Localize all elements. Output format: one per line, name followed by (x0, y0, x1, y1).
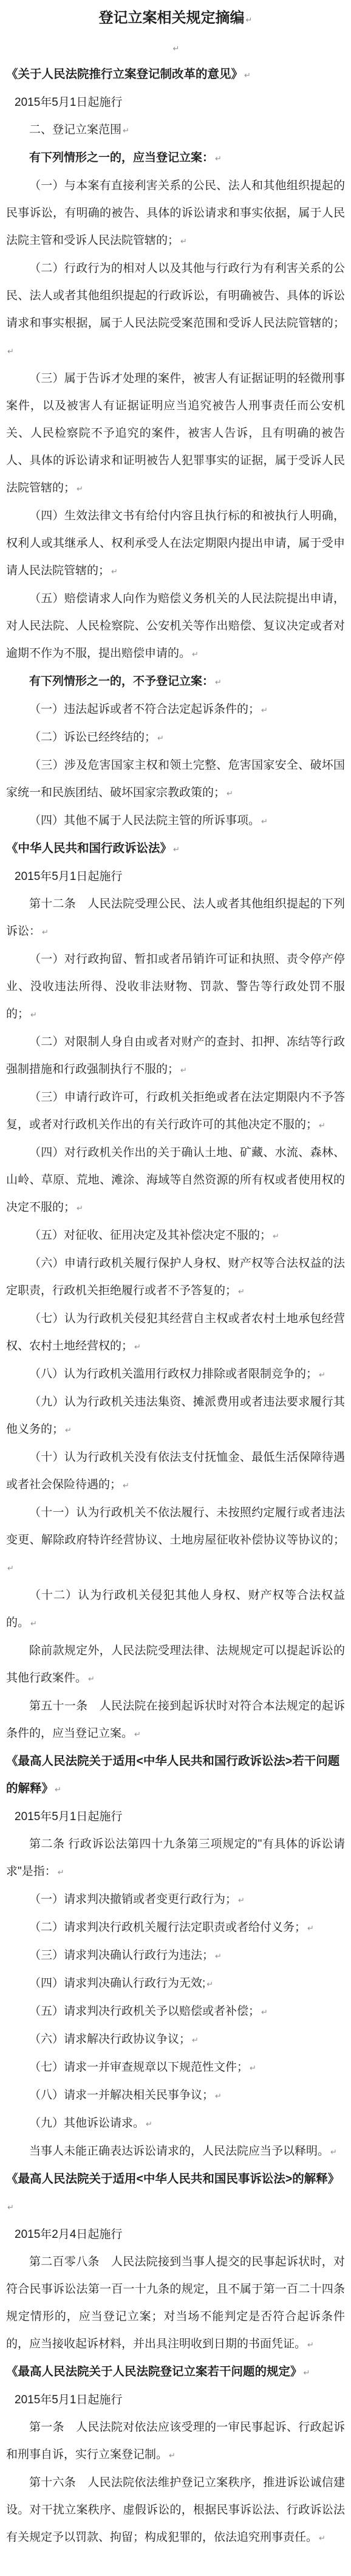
paragraph-text: （四）对行政机关作出的关于确认土地、矿藏、水流、森林、山岭、草原、荒地、滩涂、海… (6, 1146, 345, 1214)
paragraph-text: 2015年5月1日起施行 (15, 96, 122, 109)
paragraph-mark-icon: ↵ (134, 1720, 141, 1748)
paragraph-text: 第十二条 人民法院受理公民、法人或者其他组织提起的下列诉讼： (6, 898, 345, 938)
paragraph-text: 有下列情形之一的，不予登记立案： (29, 675, 214, 688)
paragraph-mark-icon: ↵ (30, 1610, 37, 1637)
paragraph-mark-icon: ↵ (173, 36, 180, 61)
paragraph-text: （九）认为行政机关违法集资、摊派费用或者违法要求履行其他义务的； (6, 1396, 345, 1436)
body-paragraph: （十一）认为行政机关不依法履行、未按照约定履行或者违法变更、解除政府特许经营协议… (6, 1499, 345, 1582)
regulation-title: 《中华人民共和国行政诉讼法》↵ (6, 835, 345, 863)
paragraph-text: 2015年5月1日起施行 (15, 2394, 122, 2406)
paragraph-text: 二、登记立案范围 (29, 123, 121, 136)
body-paragraph: （四）对行政机关作出的关于确认土地、矿藏、水流、森林、山岭、草原、荒地、滩涂、海… (6, 1139, 345, 1222)
body-paragraph: （七）认为行政机关侵犯其经营自主权或者农村土地承包经营权、农村土地经营权的；↵ (6, 1305, 345, 1360)
body-paragraph: （二）行政行为的相对人以及其他与行政行为有利害关系的公民、法人或者其他组织提起的… (6, 255, 345, 365)
paragraph-text: （一）与本案有直接利害关系的公民、法人和其他组织提起的民事诉讼，有明确的被告、具… (6, 179, 345, 247)
body-paragraph: 第一条 人民法院对依法应该受理的一审民事起诉、行政起诉和刑事自诉，实行立案登记制… (6, 2414, 345, 2469)
body-paragraph: 第五十一条 人民法院在接到起诉状时对符合本法规定的起诉条件的，应当登记立案。↵ (6, 1692, 345, 1748)
paragraph-mark-icon: ↵ (7, 2193, 14, 2221)
paragraph-text: （三）属于告诉才处理的案件，被害人有证据证明的轻微刑事案件，以及被害人有证据证明… (6, 372, 345, 494)
paragraph-mark-icon: ↵ (157, 724, 164, 752)
body-paragraph: （六）请求解决行政协议争议；↵ (6, 2026, 345, 2054)
paragraph-mark-icon: ↵ (261, 696, 268, 724)
paragraph-text: 有下列情形之一的，应当登记立案： (29, 151, 214, 164)
body-paragraph: 除前款规定外，人民法院受理法律、法规规定可以提起诉讼的其他行政案件。↵ (6, 1637, 345, 1692)
empty-paragraph: ↵ (6, 36, 345, 61)
paragraph-text: （五）赔偿请求人向作为赔偿义务机关的人民法院提出申请，对人民法院、人民检察院、公… (6, 592, 345, 660)
paragraph-mark-icon: ↵ (134, 1333, 141, 1360)
paragraph-mark-icon: ↵ (215, 1942, 222, 1970)
paragraph-text: 2015年2月4日起施行 (15, 2228, 122, 2241)
body-paragraph: （二）诉讼已经终结的；↵ (6, 724, 345, 752)
body-paragraph: 当事人未能正确表达诉讼请求的，人民法院应当予以释明。↵ (6, 2138, 345, 2166)
paragraph-text: （六）请求解决行政协议争议； (29, 2033, 191, 2046)
body-paragraph: （一）对行政拘留、暂扣或者吊销许可证和执照、责令停产停业、没收违法所得、没收非法… (6, 946, 345, 1028)
paragraph-mark-icon: ↵ (244, 61, 251, 89)
paragraph-mark-icon: ↵ (77, 475, 83, 502)
paragraph-mark-icon: ↵ (180, 227, 187, 255)
paragraph-text: （一）请求判决撤销或者变更行政行为； (29, 1893, 237, 1906)
paragraph-mark-icon: ↵ (250, 2054, 256, 2082)
body-paragraph: （四）其他不属于人民法院主管的所诉事项。↵ (6, 807, 345, 835)
paragraph-mark-icon: ↵ (55, 1776, 61, 1803)
paragraph-text: （四）其他不属于人民法院主管的所诉事项。 (29, 814, 260, 827)
paragraph-text: 第五十一条 人民法院在接到起诉状时对符合本法规定的起诉条件的，应当登记立案。 (6, 1700, 345, 1740)
paragraph-text: （四）生效法律文书有给付内容且执行标的和被执行人明确，权利人或其继承人、权利承受… (6, 510, 345, 577)
body-paragraph: （三）请求判决确认行政行为违法；↵ (6, 1942, 345, 1970)
paragraph-text: 2015年5月1日起施行 (15, 870, 122, 883)
body-paragraph: 第十六条 人民法院依法维护登记立案秩序，推进诉讼诚信建设。对干扰立案秩序、虚假诉… (6, 2469, 345, 2552)
paragraph-mark-icon: ↵ (77, 1194, 83, 1222)
paragraph-text: 第十六条 人民法院依法维护登记立案秩序，推进诉讼诚信建设。对干扰立案秩序、虚假诉… (6, 2476, 345, 2544)
body-paragraph: （七）请求一并审查规章以下规范性文件；↵ (6, 2054, 345, 2082)
paragraph-mark-icon: ↵ (58, 1858, 64, 1886)
paragraph-text: 登记立案相关规定摘编 (99, 10, 245, 26)
body-paragraph: （九）认为行政机关违法集资、摊派费用或者违法要求履行其他义务的；↵ (6, 1388, 345, 1444)
paragraph-mark-icon: ↵ (330, 2138, 337, 2166)
paragraph-mark-icon: ↵ (307, 1914, 314, 1942)
section-heading: 二、登记立案范围↵ (6, 116, 345, 144)
paragraph-text: （十一）认为行政机关不依法履行、未按照约定履行或者违法变更、解除政府特许经营协议… (6, 1506, 345, 1546)
subheading: 有下列情形之一的，应当登记立案：↵ (6, 144, 345, 172)
paragraph-text: 2015年5月1日起施行 (15, 1810, 122, 1823)
paragraph-mark-icon: ↵ (246, 4, 253, 36)
paragraph-mark-icon: ↵ (169, 2442, 175, 2469)
paragraph-text: （八）认为行政机关滥用行政权力排除或者限制竞争的； (29, 1368, 318, 1380)
effective-date: 2015年2月4日起施行 (6, 2221, 345, 2248)
paragraph-mark-icon: ↵ (192, 2026, 199, 2054)
paragraph-mark-icon: ↵ (123, 1472, 129, 1499)
paragraph-mark-icon: ↵ (65, 1416, 72, 1444)
regulation-title: 《最高人民法院关于人民法院登记立案若干问题的规定》↵ (6, 2358, 345, 2386)
paragraph-mark-icon: ↵ (42, 918, 49, 946)
paragraph-text: （三）申请行政许可，行政机关拒绝或者在法定期限内不予答复，或者对行政机关作出的有… (6, 1091, 345, 1131)
paragraph-mark-icon: ↵ (146, 2110, 152, 2138)
paragraph-text: 第二百零八条 人民法院接到当事人提交的民事起诉状时，对符合民事诉讼法第一百一十九… (6, 2256, 345, 2350)
effective-date: 2015年5月1日起施行 (6, 2386, 345, 2414)
paragraph-mark-icon: ↵ (180, 1056, 187, 1084)
paragraph-text: 《中华人民共和国行政诉讼法》 (6, 842, 172, 855)
paragraph-mark-icon: ↵ (30, 1001, 37, 1028)
paragraph-mark-icon: ↵ (7, 338, 14, 365)
body-paragraph: （一）违法起诉或者不符合法定起诉条件的；↵ (6, 696, 345, 724)
body-paragraph: （一）请求判决撤销或者变更行政行为；↵ (6, 1886, 345, 1914)
paragraph-text: （一）对行政拘留、暂扣或者吊销许可证和执照、责令停产停业、没收违法所得、没收非法… (6, 953, 345, 1020)
paragraph-mark-icon: ↵ (319, 1112, 325, 1139)
paragraph-mark-icon: ↵ (123, 117, 129, 144)
body-paragraph: （八）请求一并解决相关民事争议；↵ (6, 2082, 345, 2110)
body-paragraph: （六）申请行政机关履行保护人身权、财产权等合法权益的法定职责，行政机关拒绝履行或… (6, 1250, 345, 1305)
paragraph-mark-icon: ↵ (238, 1886, 245, 1914)
paragraph-mark-icon: ↵ (215, 668, 222, 696)
body-paragraph: （三）涉及危害国家主权和领土完整、危害国家安全、破坏国家统一和民族团结、破坏国家… (6, 752, 345, 807)
paragraph-text: （一）违法起诉或者不符合法定起诉条件的； (29, 703, 260, 716)
body-paragraph: （二）请求判决行政机关履行法定职责或者给付义务；↵ (6, 1914, 345, 1942)
paragraph-text: （五）请求判决行政机关予以赔偿或者补偿； (29, 2005, 260, 2018)
body-paragraph: （十二）认为行政机关侵犯其他人身权、财产权等合法权益的。↵ (6, 1582, 345, 1637)
paragraph-text: 第二条 行政诉讼法第四十九条第三项规定的"有具体的诉讼请求"是指： (6, 1838, 345, 1878)
body-paragraph: 第十二条 人民法院受理公民、法人或者其他组织提起的下列诉讼：↵ (6, 890, 345, 946)
paragraph-text: （五）对征收、征用决定及其补偿决定不服的； (29, 1229, 271, 1242)
paragraph-mark-icon: ↵ (238, 1278, 245, 1305)
body-paragraph: （八）认为行政机关滥用行政权力排除或者限制竞争的；↵ (6, 1360, 345, 1388)
paragraph-mark-icon: ↵ (215, 145, 222, 172)
paragraph-mark-icon: ↵ (7, 1554, 14, 1582)
paragraph-text: （二）诉讼已经终结的； (29, 731, 156, 744)
paragraph-mark-icon: ↵ (319, 2524, 325, 2552)
paragraph-mark-icon: ↵ (88, 1665, 95, 1692)
body-paragraph: （一）与本案有直接利害关系的公民、法人和其他组织提起的民事诉讼，有明确的被告、具… (6, 172, 345, 255)
paragraph-mark-icon: ↵ (173, 836, 180, 863)
paragraph-mark-icon: ↵ (227, 780, 233, 807)
body-paragraph: （十）认为行政机关没有依法支付抚恤金、最低生活保障待遇或者社会保险待遇的；↵ (6, 1444, 345, 1499)
body-paragraph: （三）申请行政许可，行政机关拒绝或者在法定期限内不予答复，或者对行政机关作出的有… (6, 1084, 345, 1139)
paragraph-text: （九）其他诉讼请求。 (29, 2117, 145, 2130)
paragraph-text: 第一条 人民法院对依法应该受理的一审民事起诉、行政起诉和刑事自诉，实行立案登记制… (6, 2421, 345, 2461)
effective-date: 2015年5月1日起施行 (6, 89, 345, 116)
body-paragraph: （五）请求判决行政机关予以赔偿或者补偿；↵ (6, 1998, 345, 2026)
paragraph-mark-icon: ↵ (273, 1222, 279, 1250)
paragraph-text: 当事人未能正确表达诉讼请求的，人民法院应当予以释明。 (29, 2145, 329, 2158)
effective-date: 2015年5月1日起施行 (6, 863, 345, 890)
paragraph-text: （三）请求判决确认行政行为违法； (29, 1949, 214, 1962)
body-paragraph: 第二百零八条 人民法院接到当事人提交的民事起诉状时，对符合民事诉讼法第一百一十九… (6, 2248, 345, 2358)
regulation-title: 《最高人民法院关于适用<中华人民共和国民事诉讼法>的解释》↵ (6, 2166, 345, 2221)
paragraph-mark-icon: ↵ (206, 1970, 213, 1998)
paragraph-mark-icon: ↵ (261, 1998, 268, 2026)
effective-date: 2015年5月1日起施行 (6, 1803, 345, 1830)
paragraph-text: （十）认为行政机关没有依法支付抚恤金、最低生活保障待遇或者社会保险待遇的； (6, 1451, 345, 1491)
paragraph-text: （二）对限制人身自由或者对财产的查封、扣押、冻结等行政强制措施和行政强制执行不服… (6, 1036, 345, 1076)
body-paragraph: （四）生效法律文书有给付内容且执行标的和被执行人明确，权利人或其继承人、权利承受… (6, 502, 345, 585)
subheading: 有下列情形之一的，不予登记立案：↵ (6, 668, 345, 696)
document-title: 登记立案相关规定摘编↵ (6, 2, 345, 36)
paragraph-text: （八）请求一并解决相关民事争议； (29, 2089, 214, 2102)
paragraph-text: （六）申请行政机关履行保护人身权、财产权等合法权益的法定职责，行政机关拒绝履行或… (6, 1257, 345, 1297)
paragraph-mark-icon: ↵ (192, 640, 199, 668)
paragraph-text: （二）请求判决行政机关履行法定职责或者给付义务； (29, 1921, 306, 1934)
paragraph-mark-icon: ↵ (111, 558, 118, 585)
paragraph-text: 《关于人民法院推行立案登记制改革的意见》 (6, 68, 243, 81)
paragraph-mark-icon: ↵ (319, 1361, 325, 1388)
regulation-title: 《关于人民法院推行立案登记制改革的意见》↵ (6, 61, 345, 89)
body-paragraph: （三）属于告诉才处理的案件，被害人有证据证明的轻微刑事案件，以及被害人有证据证明… (6, 365, 345, 502)
body-paragraph: （四）请求判决确认行政行为无效;↵ (6, 1970, 345, 1998)
paragraph-text: 《最高人民法院关于人民法院登记立案若干问题的规定》 (6, 2365, 302, 2378)
body-paragraph: （五）赔偿请求人向作为赔偿义务机关的人民法院提出申请，对人民法院、人民检察院、公… (6, 585, 345, 668)
paragraph-text: （七）请求一并审查规章以下规范性文件； (29, 2061, 248, 2074)
paragraph-text: （七）认为行政机关侵犯其经营自主权或者农村土地承包经营权、农村土地经营权的； (6, 1312, 345, 1352)
paragraph-mark-icon: ↵ (304, 2359, 310, 2386)
body-paragraph: （五）对征收、征用决定及其补偿决定不服的；↵ (6, 1222, 345, 1250)
paragraph-text: 《最高人民法院关于适用<中华人民共和国民事诉讼法>的解释》 (6, 2172, 339, 2186)
document-page: 登记立案相关规定摘编↵↵《关于人民法院推行立案登记制改革的意见》↵2015年5月… (0, 0, 351, 2576)
regulation-title: 《最高人民法院关于适用<中华人民共和国行政诉讼法>若干问题的解释》↵ (6, 1748, 345, 1803)
paragraph-text: （十二）认为行政机关侵犯其他人身权、财产权等合法权益的。 (6, 1589, 345, 1629)
body-paragraph: （二）对限制人身自由或者对财产的查封、扣押、冻结等行政强制措施和行政强制执行不服… (6, 1028, 345, 1084)
paragraph-text: （四）请求判决确认行政行为无效; (29, 1977, 205, 1990)
paragraph-mark-icon: ↵ (261, 808, 268, 835)
body-paragraph: （九）其他诉讼请求。↵ (6, 2110, 345, 2138)
paragraph-text: （二）行政行为的相对人以及其他与行政行为有利害关系的公民、法人或者其他组织提起的… (6, 262, 345, 330)
paragraph-text: 除前款规定外，人民法院受理法律、法规规定可以提起诉讼的其他行政案件。 (6, 1644, 345, 1684)
paragraph-mark-icon: ↵ (215, 2082, 222, 2110)
body-paragraph: 第二条 行政诉讼法第四十九条第三项规定的"有具体的诉讼请求"是指：↵ (6, 1830, 345, 1886)
paragraph-text: （三）涉及危害国家主权和领土完整、危害国家安全、破坏国家统一和民族团结、破坏国家… (6, 759, 345, 799)
paragraph-mark-icon: ↵ (307, 2331, 314, 2358)
